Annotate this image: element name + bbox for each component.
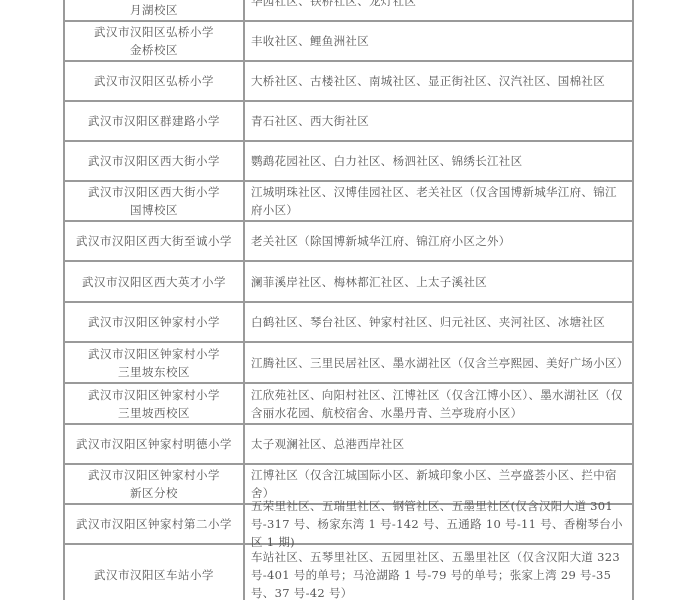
school-name-cell: 武汉市汉阳区钟家村小学 三里坡东校区 bbox=[65, 343, 245, 382]
school-name-cell: 武汉市汉阳区钟家村小学 bbox=[65, 303, 245, 341]
community-area-cell: 车站社区、五琴里社区、五园里社区、五墨里社区（仅含汉阳大道 323 号-401 … bbox=[245, 545, 632, 600]
community-area: 青石社区、西大街社区 bbox=[251, 112, 369, 130]
community-area: 江腾社区、三里民居社区、墨水湖社区（仅含兰亭熙园、美好广场小区） bbox=[251, 354, 626, 372]
school-name-cell: 武汉市汉阳区钟家村小学 新区分校 bbox=[65, 465, 245, 503]
school-name: 武汉市汉阳区弘桥小学 金桥校区 bbox=[94, 23, 214, 59]
school-name-cell: 武汉市汉阳区弘桥小学 bbox=[65, 62, 245, 100]
community-area: 澜菲溪岸社区、梅林都汇社区、上太子溪社区 bbox=[251, 273, 487, 291]
table-row: 武汉市汉阳区钟家村第二小学五荣里社区、五瑞里社区、钢管社区、五墨里社区(仅含汉阳… bbox=[65, 505, 632, 545]
school-name: 武汉市汉阳区西大街小学 bbox=[88, 152, 220, 170]
community-area: 鹦鹉花园社区、白力社区、杨泗社区、锦绣长江社区 bbox=[251, 152, 522, 170]
school-name: 武汉市汉阳区弘桥小学 bbox=[94, 72, 214, 90]
table-row: 武汉市汉阳区群建路小学青石社区、西大街社区 bbox=[65, 102, 632, 142]
table-row: 武汉市汉阳区车站小学车站社区、五琴里社区、五园里社区、五墨里社区（仅含汉阳大道 … bbox=[65, 545, 632, 600]
school-name: 武汉市汉阳区西大英才小学 bbox=[82, 273, 226, 291]
school-name: 武汉市汉阳区钟家村小学 bbox=[88, 313, 220, 331]
school-name: 武汉市汉阳区钟家村明德小学 bbox=[76, 435, 232, 453]
community-area: 太子观澜社区、总港西岸社区 bbox=[251, 435, 404, 453]
community-area-cell: 老关社区（除国博新城华江府、锦江府小区之外） bbox=[245, 222, 632, 260]
table-row: 武汉市汉阳区弘桥小学大桥社区、古楼社区、南城社区、显正街社区、汉汽社区、国棉社区 bbox=[65, 62, 632, 102]
school-name-cell: 武汉市汉阳区弘桥小学 金桥校区 bbox=[65, 22, 245, 60]
table-row: 武汉市汉阳区钟家村明德小学太子观澜社区、总港西岸社区 bbox=[65, 425, 632, 465]
table-row: 武汉市汉阳区钟家村小学 三里坡西校区江欣苑社区、向阳村社区、江博社区（仅含江博小… bbox=[65, 384, 632, 425]
community-area-cell: 江城明珠社区、汉博佳园社区、老关社区（仅含国博新城华江府、锦江府小区） bbox=[245, 182, 632, 220]
school-name-cell: 武汉市汉阳区西大英才小学 bbox=[65, 262, 245, 301]
school-name: 武汉市汉阳区钟家村小学 新区分校 bbox=[88, 466, 220, 502]
table-row: 武汉市汉阳区西大街小学 国博校区江城明珠社区、汉博佳园社区、老关社区（仅含国博新… bbox=[65, 182, 632, 222]
school-name: 武汉市汉阳区车站小学 bbox=[94, 566, 214, 584]
community-area-cell: 澜菲溪岸社区、梅林都汇社区、上太子溪社区 bbox=[245, 262, 632, 301]
school-name-cell: 武汉市汉阳区弘桥小学 月湖校区 bbox=[65, 0, 245, 20]
school-name-cell: 武汉市汉阳区群建路小学 bbox=[65, 102, 245, 140]
community-area-cell: 华园社区、铁桥社区、龙灯社区 bbox=[245, 0, 632, 20]
community-area: 华园社区、铁桥社区、龙灯社区 bbox=[251, 0, 416, 10]
school-name-cell: 武汉市汉阳区西大街至诚小学 bbox=[65, 222, 245, 260]
community-area-cell: 青石社区、西大街社区 bbox=[245, 102, 632, 140]
community-area: 江欣苑社区、向阳村社区、江博社区（仅含江博小区）、墨水湖社区（仅含丽水花园、航校… bbox=[251, 386, 626, 422]
table-row: 武汉市汉阳区西大英才小学澜菲溪岸社区、梅林都汇社区、上太子溪社区 bbox=[65, 262, 632, 303]
school-name: 武汉市汉阳区西大街小学 国博校区 bbox=[88, 183, 220, 219]
community-area-cell: 五荣里社区、五瑞里社区、钢管社区、五墨里社区(仅含汉阳大道 301 号-317 … bbox=[245, 505, 632, 543]
school-name-cell: 武汉市汉阳区钟家村小学 三里坡西校区 bbox=[65, 384, 245, 423]
table-row: 武汉市汉阳区西大街小学鹦鹉花园社区、白力社区、杨泗社区、锦绣长江社区 bbox=[65, 142, 632, 182]
school-name: 武汉市汉阳区群建路小学 bbox=[88, 112, 220, 130]
community-area: 老关社区（除国博新城华江府、锦江府小区之外） bbox=[251, 232, 511, 250]
school-district-table: 武汉市汉阳区弘桥小学 月湖校区华园社区、铁桥社区、龙灯社区武汉市汉阳区弘桥小学 … bbox=[63, 0, 634, 600]
table-row: 武汉市汉阳区西大街至诚小学老关社区（除国博新城华江府、锦江府小区之外） bbox=[65, 222, 632, 262]
school-name: 武汉市汉阳区弘桥小学 月湖校区 bbox=[94, 0, 214, 19]
school-name: 武汉市汉阳区钟家村第二小学 bbox=[76, 515, 232, 533]
document-page: 武汉市汉阳区弘桥小学 月湖校区华园社区、铁桥社区、龙灯社区武汉市汉阳区弘桥小学 … bbox=[0, 0, 700, 600]
community-area-cell: 太子观澜社区、总港西岸社区 bbox=[245, 425, 632, 463]
community-area: 江城明珠社区、汉博佳园社区、老关社区（仅含国博新城华江府、锦江府小区） bbox=[251, 183, 626, 219]
table-row: 武汉市汉阳区钟家村小学 三里坡东校区江腾社区、三里民居社区、墨水湖社区（仅含兰亭… bbox=[65, 343, 632, 384]
school-name: 武汉市汉阳区西大街至诚小学 bbox=[76, 232, 232, 250]
school-name: 武汉市汉阳区钟家村小学 三里坡东校区 bbox=[88, 345, 220, 381]
community-area: 车站社区、五琴里社区、五园里社区、五墨里社区（仅含汉阳大道 323 号-401 … bbox=[251, 548, 626, 600]
community-area-cell: 白鹤社区、琴台社区、钟家村社区、归元社区、夹河社区、冰塘社区 bbox=[245, 303, 632, 341]
community-area-cell: 江欣苑社区、向阳村社区、江博社区（仅含江博小区）、墨水湖社区（仅含丽水花园、航校… bbox=[245, 384, 632, 423]
school-name: 武汉市汉阳区钟家村小学 三里坡西校区 bbox=[88, 386, 220, 422]
school-name-cell: 武汉市汉阳区钟家村明德小学 bbox=[65, 425, 245, 463]
community-area: 丰收社区、鲤鱼洲社区 bbox=[251, 32, 369, 50]
table-row: 武汉市汉阳区钟家村小学白鹤社区、琴台社区、钟家村社区、归元社区、夹河社区、冰塘社… bbox=[65, 303, 632, 343]
community-area-cell: 丰收社区、鲤鱼洲社区 bbox=[245, 22, 632, 60]
school-name-cell: 武汉市汉阳区西大街小学 国博校区 bbox=[65, 182, 245, 220]
school-name-cell: 武汉市汉阳区西大街小学 bbox=[65, 142, 245, 180]
community-area: 五荣里社区、五瑞里社区、钢管社区、五墨里社区(仅含汉阳大道 301 号-317 … bbox=[251, 497, 626, 551]
table-row: 武汉市汉阳区弘桥小学 月湖校区华园社区、铁桥社区、龙灯社区 bbox=[65, 0, 632, 22]
community-area-cell: 鹦鹉花园社区、白力社区、杨泗社区、锦绣长江社区 bbox=[245, 142, 632, 180]
school-name-cell: 武汉市汉阳区钟家村第二小学 bbox=[65, 505, 245, 543]
community-area-cell: 大桥社区、古楼社区、南城社区、显正街社区、汉汽社区、国棉社区 bbox=[245, 62, 632, 100]
community-area-cell: 江腾社区、三里民居社区、墨水湖社区（仅含兰亭熙园、美好广场小区） bbox=[245, 343, 632, 382]
community-area: 白鹤社区、琴台社区、钟家村社区、归元社区、夹河社区、冰塘社区 bbox=[251, 313, 605, 331]
table-row: 武汉市汉阳区弘桥小学 金桥校区丰收社区、鲤鱼洲社区 bbox=[65, 22, 632, 62]
school-name-cell: 武汉市汉阳区车站小学 bbox=[65, 545, 245, 600]
community-area: 大桥社区、古楼社区、南城社区、显正街社区、汉汽社区、国棉社区 bbox=[251, 72, 605, 90]
